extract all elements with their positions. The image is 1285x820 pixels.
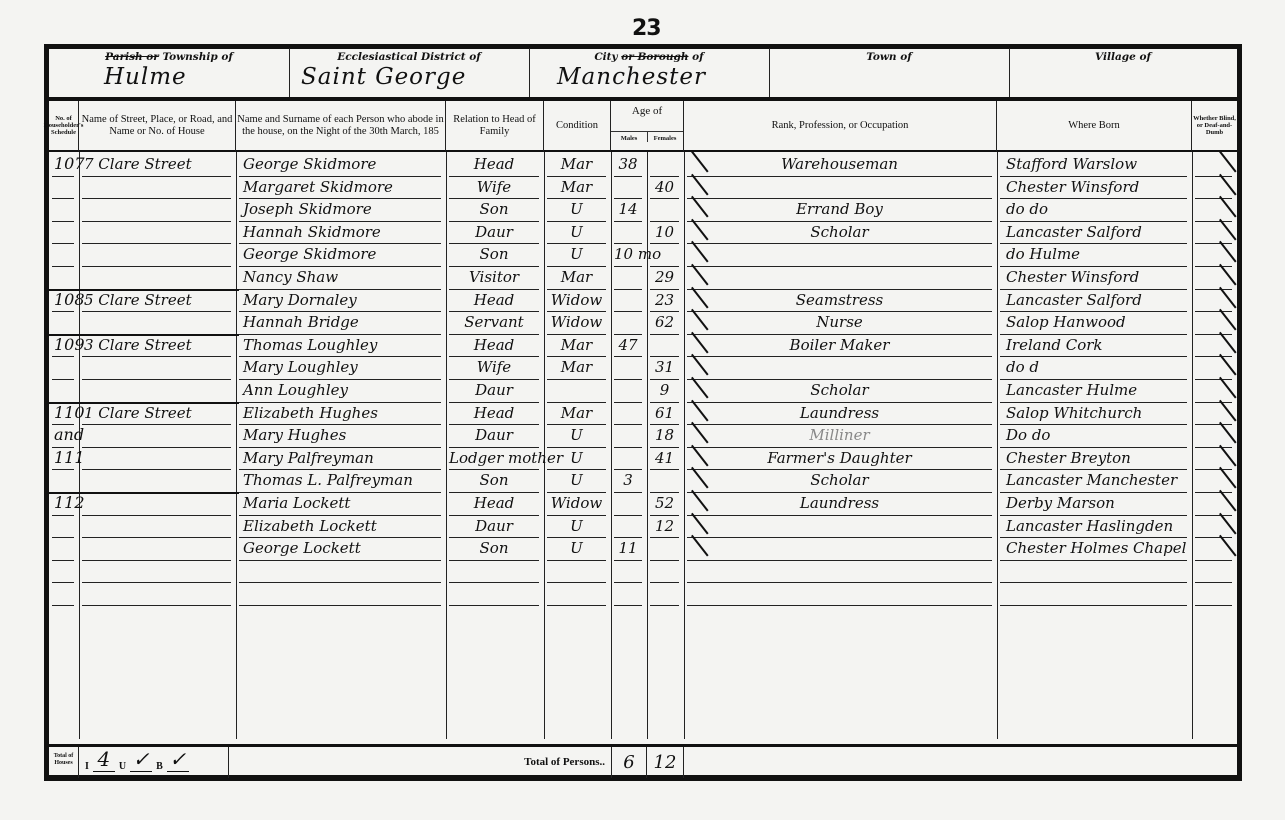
cell-birthplace: Do do (1000, 425, 1187, 448)
cell-street: 1 Clare Street (82, 403, 231, 426)
inhabited-value: 4 (93, 747, 115, 772)
cell-relation: Son (449, 538, 539, 561)
cell-name: Elizabeth Lockett (239, 516, 441, 539)
cell-age-male: 11 (614, 538, 642, 561)
cell-occupation (687, 267, 992, 290)
table-row (49, 561, 1237, 584)
city-label: City (594, 51, 617, 63)
cell-blind-deaf (1195, 516, 1232, 539)
cell-relation: Son (449, 244, 539, 267)
cell-name: Mary Loughley (239, 357, 441, 380)
cell-schedule (52, 312, 74, 335)
cell-blind-deaf (1195, 583, 1232, 606)
cell-schedule: and (52, 425, 74, 448)
cell-name: Mary Hughes (239, 425, 441, 448)
cell-age-male (614, 583, 642, 606)
cell-street (82, 357, 231, 380)
cell-occupation: Errand Boy (687, 199, 992, 222)
cell-blind-deaf (1195, 290, 1232, 313)
town-label: Town of (769, 51, 1009, 63)
city-value: Manchester (557, 64, 706, 90)
cell-occupation (687, 357, 992, 380)
header-occupation: Rank, Profession, or Occupation (684, 101, 997, 152)
cell-age-female: 61 (650, 403, 679, 426)
table-row: Hannah BridgeServantWidow62NurseSalop Ha… (49, 312, 1237, 335)
cell-age-male (614, 290, 642, 313)
cell-relation: Daur (449, 380, 539, 403)
header-street: Name of Street, Place, or Road, and Name… (79, 101, 236, 152)
cell-age-male (614, 448, 642, 471)
parish-value: Hulme (104, 64, 187, 90)
cell-age-male (614, 267, 642, 290)
cell-schedule (52, 583, 74, 606)
cell-street (82, 448, 231, 471)
cell-relation: Head (449, 335, 539, 358)
city-label-suffix: of (692, 51, 704, 63)
cell-schedule (52, 470, 74, 493)
cell-street: 3 Clare Street (82, 335, 231, 358)
cell-occupation: Warehouseman (687, 154, 992, 177)
cell-relation: Daur (449, 516, 539, 539)
cell-relation: Wife (449, 177, 539, 200)
cell-relation: Lodger mother (449, 448, 539, 471)
cell-blind-deaf (1195, 403, 1232, 426)
table-row: Mary LoughleyWifeMar31do d (49, 357, 1237, 380)
ecclesiastical-cell: Ecclesiastical District of Saint George (289, 48, 530, 97)
total-houses-label: Total of Houses (49, 747, 79, 778)
cell-condition: U (547, 222, 606, 245)
table-row: Ann LoughleyDaur9ScholarLancaster Hulme (49, 380, 1237, 403)
cell-occupation: Farmer's Daughter (687, 448, 992, 471)
uninhabited-label: U (119, 761, 126, 772)
header-birthplace: Where Born (997, 101, 1192, 152)
cell-condition: Widow (547, 312, 606, 335)
cell-condition (547, 561, 606, 584)
cell-street (82, 199, 231, 222)
cell-street: 5 Clare Street (82, 290, 231, 313)
table-row: Thomas L. PalfreymanSonU3ScholarLancaste… (49, 470, 1237, 493)
cell-name: Nancy Shaw (239, 267, 441, 290)
cell-age-male (614, 357, 642, 380)
cell-age-female: 18 (650, 425, 679, 448)
cell-street (82, 538, 231, 561)
cell-condition (547, 380, 606, 403)
cell-street: 7 Clare Street (82, 154, 231, 177)
cell-street (82, 222, 231, 245)
cell-name: George Skidmore (239, 244, 441, 267)
totals-footer: Total of Houses I 4 U ✓ B ✓ Total of Per… (49, 744, 1237, 778)
cell-schedule (52, 199, 74, 222)
cell-condition: U (547, 538, 606, 561)
cell-birthplace: Chester Holmes Chapel (1000, 538, 1187, 561)
cell-schedule: 112 (52, 493, 74, 516)
parish-cell: Parish or Township of Hulme (49, 48, 290, 97)
header-relation: Relation to Head of Family (446, 101, 544, 152)
cell-schedule: 107 (52, 154, 74, 177)
table-row: 1085 Clare StreetMary DornaleyHeadWidow2… (49, 290, 1237, 313)
cell-street (82, 267, 231, 290)
cell-condition: Mar (547, 154, 606, 177)
cell-occupation: Scholar (687, 470, 992, 493)
cell-condition: Widow (547, 493, 606, 516)
cell-birthplace: Salop Whitchurch (1000, 403, 1187, 426)
cell-condition: U (547, 448, 606, 471)
cell-relation (449, 561, 539, 584)
cell-age-male: 14 (614, 199, 642, 222)
cell-schedule (52, 380, 74, 403)
table-row: Nancy ShawVisitorMar29Chester Winsford (49, 267, 1237, 290)
cell-name: Hannah Bridge (239, 312, 441, 335)
cell-birthplace: Lancaster Hulme (1000, 380, 1187, 403)
cell-schedule (52, 516, 74, 539)
parish-label: Township of (163, 51, 233, 63)
cell-condition: U (547, 516, 606, 539)
city-cell: City or Borough of Manchester (529, 48, 770, 97)
total-persons-label: Total of Persons.. (449, 747, 609, 778)
household-separator (49, 402, 239, 404)
parish-label-struck: Parish or (105, 51, 159, 63)
total-males: 6 (611, 747, 647, 778)
cell-age-male: 3 (614, 470, 642, 493)
cell-occupation (687, 244, 992, 267)
cell-occupation (687, 583, 992, 606)
household-separator (49, 492, 239, 494)
cell-occupation: Boiler Maker (687, 335, 992, 358)
cell-occupation (687, 561, 992, 584)
cell-relation: Head (449, 154, 539, 177)
cell-name: Maria Lockett (239, 493, 441, 516)
cell-street (82, 244, 231, 267)
cell-relation: Daur (449, 425, 539, 448)
cell-age-female: 12 (650, 516, 679, 539)
cell-age-female: 62 (650, 312, 679, 335)
cell-age-female (650, 335, 679, 358)
cell-schedule: 110 (52, 403, 74, 426)
table-row: 1077 Clare StreetGeorge SkidmoreHeadMar3… (49, 154, 1237, 177)
cell-schedule (52, 244, 74, 267)
header-name: Name and Surname of each Person who abod… (236, 101, 446, 152)
cell-age-female: 41 (650, 448, 679, 471)
cell-age-male (614, 493, 642, 516)
cell-schedule: 111 (52, 448, 74, 471)
cell-name (239, 561, 441, 584)
table-row: 1101 Clare StreetElizabeth HughesHeadMar… (49, 403, 1237, 426)
cell-age-male (614, 403, 642, 426)
table-row: Joseph SkidmoreSonU14Errand Boydo do (49, 199, 1237, 222)
cell-age-female (650, 470, 679, 493)
cell-condition: Mar (547, 403, 606, 426)
cell-occupation: Laundress (687, 403, 992, 426)
cell-birthplace: Lancaster Manchester (1000, 470, 1187, 493)
cell-age-female: 23 (650, 290, 679, 313)
header-age-females: Females (647, 131, 683, 142)
cell-schedule: 108 (52, 290, 74, 313)
cell-relation: Son (449, 470, 539, 493)
cell-age-female: 29 (650, 267, 679, 290)
cell-age-male: 47 (614, 335, 642, 358)
cell-age-female (650, 561, 679, 584)
total-females: 12 (647, 747, 684, 778)
cell-relation: Servant (449, 312, 539, 335)
cell-street (82, 516, 231, 539)
cell-occupation: Laundress (687, 493, 992, 516)
cell-age-female (650, 583, 679, 606)
cell-occupation: Milliner (687, 425, 992, 448)
uninhabited-value: ✓ (130, 747, 152, 772)
cell-condition (547, 583, 606, 606)
building-label: B (156, 761, 163, 772)
cell-schedule: 109 (52, 335, 74, 358)
cell-name: Hannah Skidmore (239, 222, 441, 245)
cell-schedule (52, 267, 74, 290)
cell-relation: Head (449, 493, 539, 516)
cell-street (82, 177, 231, 200)
region-bar: Parish or Township of Hulme Ecclesiastic… (49, 48, 1237, 101)
table-row: George LockettSonU11Chester Holmes Chape… (49, 538, 1237, 561)
household-separator (49, 289, 239, 291)
cell-blind-deaf (1195, 448, 1232, 471)
table-row: George SkidmoreSonU10 modo Hulme (49, 244, 1237, 267)
cell-birthplace: Lancaster Salford (1000, 290, 1187, 313)
header-blind-deaf: Whether Blind, or Deaf-and-Dumb (1192, 101, 1237, 152)
cell-name (239, 583, 441, 606)
inhabited-label: I (85, 761, 89, 772)
cell-condition: U (547, 244, 606, 267)
cell-condition: U (547, 470, 606, 493)
cell-age-female (650, 244, 679, 267)
table-row: Elizabeth LockettDaurU12Lancaster Haslin… (49, 516, 1237, 539)
cell-age-female: 40 (650, 177, 679, 200)
cell-blind-deaf (1195, 222, 1232, 245)
cell-age-male (614, 425, 642, 448)
cell-occupation (687, 538, 992, 561)
cell-condition: U (547, 425, 606, 448)
cell-name: Ann Loughley (239, 380, 441, 403)
cell-condition: Widow (547, 290, 606, 313)
cell-age-male: 10 mo (614, 244, 642, 267)
cell-name: Margaret Skidmore (239, 177, 441, 200)
cell-name: Thomas L. Palfreyman (239, 470, 441, 493)
table-row: 1093 Clare StreetThomas LoughleyHeadMar4… (49, 335, 1237, 358)
cell-occupation (687, 177, 992, 200)
cell-birthplace: Ireland Cork (1000, 335, 1187, 358)
cell-condition: Mar (547, 357, 606, 380)
cell-age-female: 9 (650, 380, 679, 403)
cell-age-male: 38 (614, 154, 642, 177)
cell-name: Elizabeth Hughes (239, 403, 441, 426)
cell-age-female: 10 (650, 222, 679, 245)
cell-street (82, 312, 231, 335)
cell-relation (449, 583, 539, 606)
cell-name: George Skidmore (239, 154, 441, 177)
cell-relation: Daur (449, 222, 539, 245)
cell-relation: Son (449, 199, 539, 222)
header-schedule: No. of Householder's Schedule (49, 101, 79, 152)
header-age-males: Males (611, 131, 648, 142)
cell-blind-deaf (1195, 335, 1232, 358)
cell-schedule (52, 538, 74, 561)
ecclesiastical-label: Ecclesiastical District of (289, 51, 529, 63)
cell-birthplace: Chester Breyton (1000, 448, 1187, 471)
town-cell: Town of (769, 48, 1010, 97)
city-label-struck: or Borough (621, 51, 688, 63)
cell-age-male (614, 222, 642, 245)
cell-condition: Mar (547, 177, 606, 200)
cell-blind-deaf (1195, 561, 1232, 584)
cell-name: George Lockett (239, 538, 441, 561)
cell-birthplace: do Hulme (1000, 244, 1187, 267)
table-row: Margaret SkidmoreWifeMar40Chester Winsfo… (49, 177, 1237, 200)
table-row: andMary HughesDaurU18MillinerDo do (49, 425, 1237, 448)
cell-age-male (614, 516, 642, 539)
cell-occupation (687, 516, 992, 539)
cell-age-male (614, 380, 642, 403)
cell-name: Mary Dornaley (239, 290, 441, 313)
cell-schedule (52, 357, 74, 380)
cell-street (82, 561, 231, 584)
ecclesiastical-value: Saint George (301, 64, 466, 90)
cell-blind-deaf (1195, 177, 1232, 200)
cell-age-female (650, 538, 679, 561)
cell-age-female: 31 (650, 357, 679, 380)
table-row (49, 583, 1237, 606)
cell-street (82, 380, 231, 403)
cell-birthplace (1000, 583, 1187, 606)
cell-birthplace: Salop Hanwood (1000, 312, 1187, 335)
household-separator (49, 334, 239, 336)
cell-age-female (650, 154, 679, 177)
house-totals: I 4 U ✓ B ✓ (79, 747, 229, 778)
cell-age-male (614, 177, 642, 200)
cell-occupation: Seamstress (687, 290, 992, 313)
table-row: 111Mary PalfreymanLodger motherU41Farmer… (49, 448, 1237, 471)
header-age-group: Age of Males Females (611, 101, 684, 152)
table-row: Hannah SkidmoreDaurU10ScholarLancaster S… (49, 222, 1237, 245)
cell-birthplace: do do (1000, 199, 1187, 222)
village-label: Village of (1009, 51, 1237, 63)
cell-schedule (52, 561, 74, 584)
cell-occupation: Scholar (687, 222, 992, 245)
cell-occupation: Nurse (687, 312, 992, 335)
cell-birthplace: Stafford Warslow (1000, 154, 1187, 177)
cell-age-female (650, 199, 679, 222)
cell-schedule (52, 177, 74, 200)
cell-occupation: Scholar (687, 380, 992, 403)
cell-age-female: 52 (650, 493, 679, 516)
cell-condition: Mar (547, 335, 606, 358)
cell-condition: U (547, 199, 606, 222)
cell-relation: Visitor (449, 267, 539, 290)
cell-schedule (52, 222, 74, 245)
cell-condition: Mar (547, 267, 606, 290)
cell-name: Joseph Skidmore (239, 199, 441, 222)
cell-relation: Head (449, 290, 539, 313)
cell-street (82, 425, 231, 448)
cell-birthplace: Lancaster Haslingden (1000, 516, 1187, 539)
census-sheet: Parish or Township of Hulme Ecclesiastic… (44, 48, 1242, 781)
cell-relation: Head (449, 403, 539, 426)
cell-birthplace: Chester Winsford (1000, 267, 1187, 290)
cell-birthplace: Derby Marson (1000, 493, 1187, 516)
cell-age-male (614, 561, 642, 584)
table-row: 112Maria LockettHeadWidow52LaundressDerb… (49, 493, 1237, 516)
page-number: 23 (632, 16, 661, 41)
cell-street (82, 493, 231, 516)
village-cell: Village of (1009, 48, 1237, 97)
header-age: Age of (611, 105, 683, 117)
building-value: ✓ (167, 747, 189, 772)
cell-street (82, 583, 231, 606)
cell-birthplace: Chester Winsford (1000, 177, 1187, 200)
cell-age-male (614, 312, 642, 335)
cell-birthplace (1000, 561, 1187, 584)
cell-birthplace: Lancaster Salford (1000, 222, 1187, 245)
cell-relation: Wife (449, 357, 539, 380)
cell-birthplace: do d (1000, 357, 1187, 380)
header-condition: Condition (544, 101, 611, 152)
cell-name: Mary Palfreyman (239, 448, 441, 471)
cell-name: Thomas Loughley (239, 335, 441, 358)
cell-street (82, 470, 231, 493)
